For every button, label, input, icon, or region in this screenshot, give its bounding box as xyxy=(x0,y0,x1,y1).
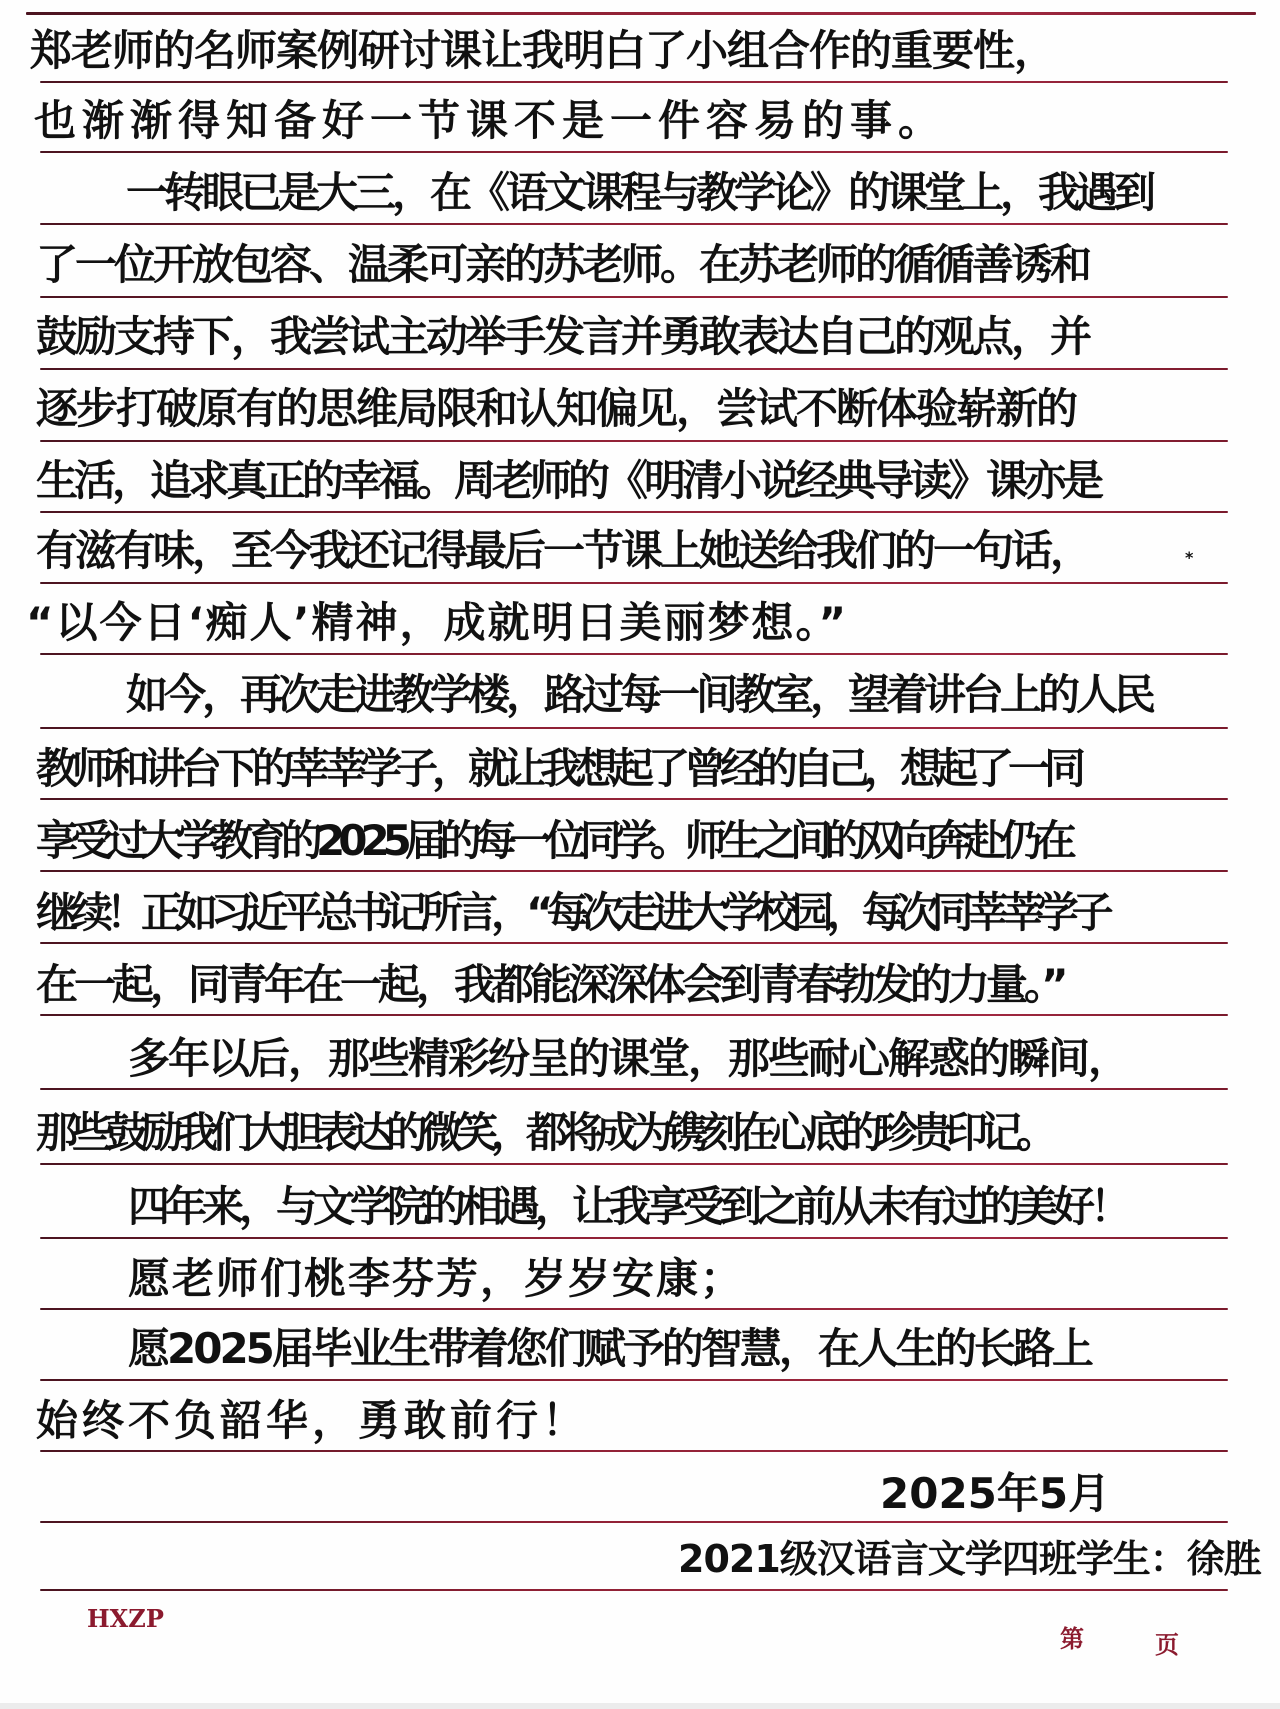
letter-date: 2025年5月 xyxy=(880,1466,1110,1522)
rule-line xyxy=(40,870,1228,872)
rule-line xyxy=(40,1014,1228,1016)
text-line: 愿老师们桃李芬芳，岁岁安康； xyxy=(36,1250,1280,1308)
rule-line xyxy=(40,1589,1228,1591)
text-line: 有滋有味，至今我还记得最后一节课上她送给我们的一句话， xyxy=(36,522,1236,580)
text-line: 享受过大学教育的2025届的每一位同学。师生之间的双向奔赴仍在 xyxy=(36,812,1236,870)
rule-line xyxy=(40,942,1228,944)
brand-logo: HXZP xyxy=(87,1604,164,1633)
text-line: 始终不负韶华，勇敢前行！ xyxy=(36,1392,1236,1450)
signature: 2021级汉语言文学四班学生：徐胜 xyxy=(678,1530,1261,1588)
text-line: 继续！正如习近平总书记所言，“每次走进大学校园，每次同莘莘学子 xyxy=(36,884,1236,942)
text-line: 教师和讲台下的莘莘学子，就让我想起了曾经的自己，想起了一同 xyxy=(36,740,1236,798)
rule-line xyxy=(40,81,1228,83)
text-line: 多年以后，那些精彩纷呈的课堂，那些耐心解惑的瞬间， xyxy=(36,1030,1280,1088)
text-line: 了一位开放包容、温柔可亲的苏老师。在苏老师的循循善诱和 xyxy=(36,236,1236,294)
text-line: 一转眼已是大三，在《语文课程与教学论》的课堂上，我遇到 xyxy=(34,164,1280,222)
text-line: 四年来，与文学院的相遇，让我享受到之前从未有过的美好！ xyxy=(36,1178,1280,1236)
rule-line xyxy=(40,1088,1228,1090)
text-line: 生活，追求真正的幸福。周老师的《明清小说经典导读》课亦是 xyxy=(36,452,1236,510)
text-line: 鼓励支持下，我尝试主动举手发言并勇敢表达自己的观点，并 xyxy=(36,308,1236,366)
rule-line xyxy=(40,1450,1228,1452)
page-label-prefix: 第 xyxy=(1060,1619,1084,1654)
rule-line xyxy=(40,582,1228,584)
text-line: 也渐渐得知备好一节课不是一件容易的事。 xyxy=(34,92,1234,150)
rule-line xyxy=(40,1163,1228,1165)
rule-line xyxy=(40,296,1228,298)
rule-line xyxy=(26,12,1256,15)
text-line: 如今，再次走进教学楼，路过每一间教室，望着讲台上的人民 xyxy=(34,666,1280,724)
text-line: 在一起，同青年在一起，我都能深深体会到青春勃发的力量。” xyxy=(36,956,1236,1014)
bottom-edge xyxy=(0,1703,1280,1709)
page-label-suffix: 页 xyxy=(1155,1625,1179,1660)
text-line: 愿2025届毕业生带着您们赋予的智慧，在人生的长路上 xyxy=(36,1320,1280,1378)
quote-line: “以今日‘痴人’精神，成就明日美丽梦想。” xyxy=(26,594,1226,652)
rule-line xyxy=(40,1379,1228,1381)
text-line: 逐步打破原有的思维局限和认知偏见，尝试不断体验崭新的 xyxy=(36,380,1236,438)
rule-line xyxy=(40,1237,1228,1239)
rule-line xyxy=(40,368,1228,370)
rule-line xyxy=(40,151,1228,153)
rule-line xyxy=(40,223,1228,225)
rule-line xyxy=(40,1308,1228,1310)
text-line: 那些鼓励我们大胆表达的微笑，都将成为镌刻在心底的珍贵印记。 xyxy=(36,1104,1236,1162)
rule-line xyxy=(40,511,1228,513)
letter-page: 郑老师的名师案例研讨课让我明白了小组合作的重要性， 也渐渐得知备好一节课不是一件… xyxy=(0,0,1280,1703)
rule-line xyxy=(40,440,1228,442)
text-line: 郑老师的名师案例研讨课让我明白了小组合作的重要性， xyxy=(30,22,1230,80)
asterisk-mark: * xyxy=(1185,548,1193,567)
rule-line xyxy=(40,653,1228,655)
rule-line xyxy=(40,798,1228,800)
rule-line xyxy=(40,727,1228,729)
